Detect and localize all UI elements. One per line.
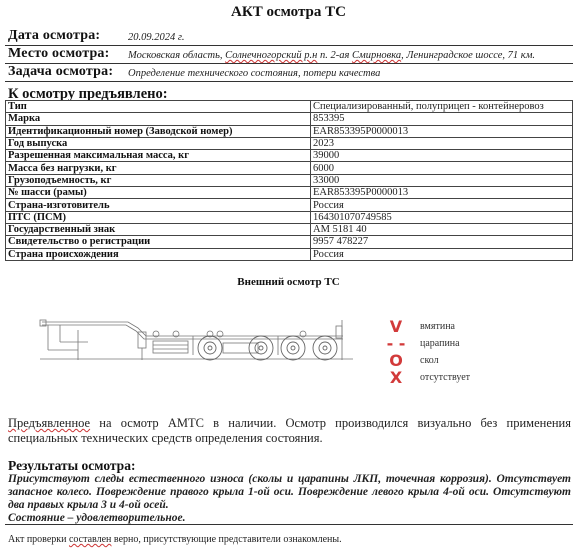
table-row: ПТС (ПСМ)164301070749585 <box>6 211 573 223</box>
table-row: Государственный знакАМ 5181 40 <box>6 223 573 235</box>
external-inspection-title: Внешний осмотр ТС <box>0 276 577 288</box>
legend-label: вмятина <box>420 321 455 332</box>
spec-value: 2023 <box>311 137 573 149</box>
spec-key: Идентификационный номер (Заводской номер… <box>6 125 311 137</box>
spec-value: АМ 5181 40 <box>311 223 573 235</box>
spec-key: Масса без нагрузки, кг <box>6 162 311 174</box>
table-row: Грузоподъемность, кг33000 <box>6 174 573 186</box>
task-label: Задача осмотра: <box>8 64 113 80</box>
spec-key: Свидетельство о регистрации <box>6 236 311 248</box>
scratch-icon: - - <box>385 335 407 352</box>
document-title: АКТ осмотра ТС <box>0 4 577 21</box>
table-row: Разрешенная максимальная масса, кг39000 <box>6 150 573 162</box>
place-value: Московская область, Солнечногорский р.н … <box>128 50 535 61</box>
footer-note: Акт проверки составлен верно, присутству… <box>8 534 342 545</box>
results-title: Результаты осмотра: <box>8 458 135 474</box>
paragraph-lead: Предъявленное <box>8 416 90 430</box>
table-row: ТипСпециализированный, полуприцеп - конт… <box>6 101 573 113</box>
spec-value: 39000 <box>311 150 573 162</box>
spec-value: 6000 <box>311 162 573 174</box>
place-district: Солнечногорский р.н <box>225 50 317 61</box>
results-state: Состояние – удовлетворительное. <box>8 512 186 524</box>
date-label: Дата осмотра: <box>8 28 100 44</box>
task-row: Задача осмотра: Определение технического… <box>5 64 573 82</box>
spec-key: Год выпуска <box>6 137 311 149</box>
footer-text: Акт проверки <box>8 534 69 545</box>
table-row: Марка853395 <box>6 113 573 125</box>
table-row: № шасси (рамы)EAR853395P0000013 <box>6 187 573 199</box>
spec-key: Страна происхождения <box>6 248 311 260</box>
inspection-paragraph: Предъявленное на осмотр АМТС в наличии. … <box>8 416 571 446</box>
spec-value: 33000 <box>311 174 573 186</box>
chip-icon: O <box>385 352 407 369</box>
place-label: Место осмотра: <box>8 46 110 62</box>
legend-label: скол <box>420 355 439 366</box>
legend-label: царапина <box>420 338 460 349</box>
place-part: Московская область, <box>128 50 225 61</box>
table-row: Свидетельство о регистрации9957 478227 <box>6 236 573 248</box>
spec-key: Тип <box>6 101 311 113</box>
table-row: Страна происхожденияРоссия <box>6 248 573 260</box>
table-row: Масса без нагрузки, кг6000 <box>6 162 573 174</box>
spec-key: Страна-изготовитель <box>6 199 311 211</box>
place-part: , Ленинградское шоссе, 71 км. <box>401 50 535 61</box>
spec-key: Грузоподъемность, кг <box>6 174 311 186</box>
vehicle-spec-table: ТипСпециализированный, полуприцеп - конт… <box>5 100 573 261</box>
spec-value: 9957 478227 <box>311 236 573 248</box>
table-row: Год выпуска2023 <box>6 137 573 149</box>
results-divider <box>5 524 573 525</box>
spec-key: ПТС (ПСМ) <box>6 211 311 223</box>
dent-icon: V <box>385 318 407 335</box>
place-row: Место осмотра: Московская область, Солне… <box>5 46 573 64</box>
trailer-diagram <box>38 310 358 390</box>
spec-value: Россия <box>311 248 573 260</box>
date-row: Дата осмотра: 20.09.2024 г. <box>5 28 573 46</box>
results-text: Присутствуют следы естественного износа … <box>8 473 571 511</box>
spec-key: Марка <box>6 113 311 125</box>
spec-key: № шасси (рамы) <box>6 187 311 199</box>
spec-value: EAR853395P0000013 <box>311 187 573 199</box>
spec-key: Государственный знак <box>6 223 311 235</box>
footer-underlined: составлен <box>69 534 111 545</box>
spec-value: EAR853395P0000013 <box>311 125 573 137</box>
spec-key: Разрешенная максимальная масса, кг <box>6 150 311 162</box>
place-part: п. 2-ая <box>317 50 352 61</box>
date-value: 20.09.2024 г. <box>128 32 184 43</box>
spec-value: Россия <box>311 199 573 211</box>
table-row: Страна-изготовительРоссия <box>6 199 573 211</box>
missing-icon: X <box>385 369 407 386</box>
paragraph-text: на осмотр АМТС в наличии. Осмотр произво… <box>8 416 571 445</box>
spec-value: 853395 <box>311 113 573 125</box>
results-body: Присутствуют следы естественного износа … <box>8 473 571 525</box>
task-value: Определение технического состояния, поте… <box>128 68 380 79</box>
footer-text: верно, присутствующие представители озна… <box>111 534 341 545</box>
spec-value: Специализированный, полуприцеп - контейн… <box>311 101 573 113</box>
spec-value: 164301070749585 <box>311 211 573 223</box>
legend-label: отсутствует <box>420 372 470 383</box>
table-row: Идентификационный номер (Заводской номер… <box>6 125 573 137</box>
place-village: Смирновка <box>352 50 401 61</box>
